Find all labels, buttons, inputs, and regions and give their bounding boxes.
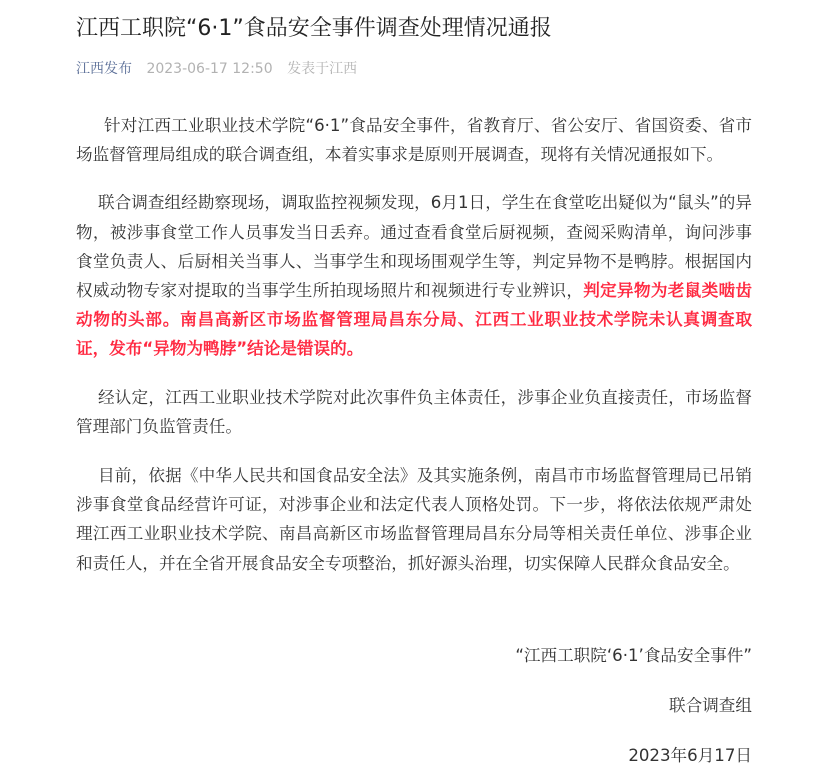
- publish-location: 发表于江西: [287, 61, 357, 77]
- signature-event: “江西工职院‘6·1’食品安全事件”: [515, 644, 752, 668]
- article-meta: 江西发布 2023-06-17 12:50 发表于江西: [76, 59, 357, 79]
- signature-date: 2023年6月17日: [628, 744, 752, 768]
- publish-time: 2023-06-17 12:50: [146, 61, 272, 77]
- article-body: 针对江西工业职业技术学院“6·1”食品安全事件，省教育厅、省公安厅、省国资委、省…: [76, 111, 752, 578]
- paragraph-actions: 目前，依据《中华人民共和国食品安全法》及其实施条例，南昌市市场监督管理局已吊销涉…: [76, 461, 752, 578]
- author-link[interactable]: 江西发布: [76, 61, 132, 77]
- paragraph-responsibility: 经认定，江西工业职业技术学院对此次事件负主体责任，涉事企业负直接责任，市场监督管…: [76, 383, 752, 441]
- paragraph-findings: 联合调查组经勘察现场，调取监控视频发现，6月1日，学生在食堂吃出疑似为“鼠头”的…: [76, 188, 752, 363]
- article-title: 江西工职院“6·1”食品安全事件调查处理情况通报: [76, 14, 552, 44]
- signature-group: 联合调查组: [669, 694, 752, 718]
- paragraph-intro: 针对江西工业职业技术学院“6·1”食品安全事件，省教育厅、省公安厅、省国资委、省…: [76, 111, 752, 169]
